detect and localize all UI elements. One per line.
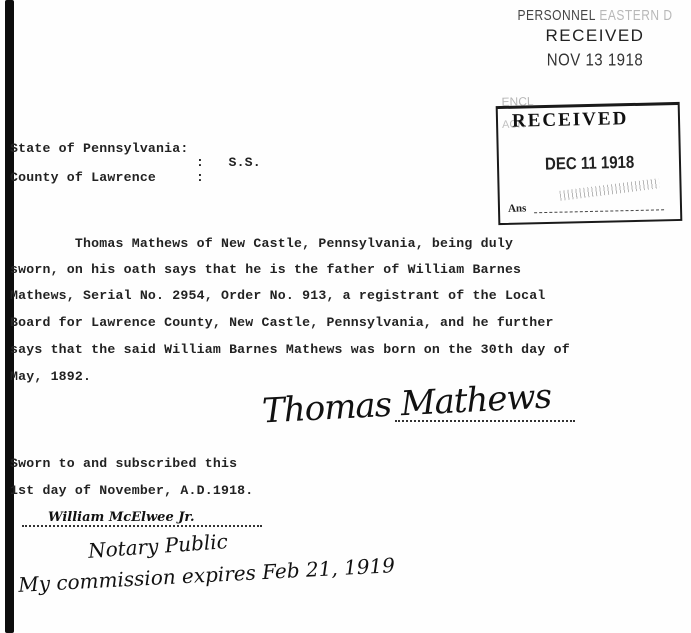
- stamp-encl-label: ENCL: [501, 94, 533, 109]
- heading-county-colon: :: [196, 170, 204, 185]
- body-line-3: Mathews, Serial No. 2954, Order No. 913,…: [10, 288, 546, 303]
- stamp-office-text: PERSONNEL: [517, 6, 599, 24]
- stamp-box-received-label: RECEIVED: [512, 108, 629, 133]
- notary-signature: William McElwee Jr.: [48, 510, 195, 525]
- stamp-box-date: DEC 11 1918: [545, 153, 635, 175]
- document-page: PERSONNEL EASTERN D RECEIVED NOV 13 1918…: [0, 0, 691, 633]
- stamp-office: PERSONNEL EASTERN D: [500, 6, 690, 24]
- stamp-office-faded: EASTERN D: [599, 6, 672, 24]
- stamp-ans-label: Ans: [508, 202, 527, 214]
- body-line-1: Thomas Mathews of New Castle, Pennsylvan…: [10, 236, 513, 251]
- signature-dotted-line: [395, 420, 575, 422]
- body-line-6: May, 1892.: [10, 369, 91, 384]
- body-line-5: says that the said William Barnes Mathew…: [10, 342, 570, 357]
- jurat-line-1: Sworn to and subscribed this: [10, 456, 237, 471]
- body-line-4: Board for Lawrence County, New Castle, P…: [10, 315, 554, 330]
- heading-ss: : S.S.: [196, 155, 261, 170]
- body-line-2: sworn, on his oath says that he is the f…: [10, 262, 521, 277]
- personnel-received-stamp: PERSONNEL EASTERN D RECEIVED NOV 13 1918: [500, 8, 690, 69]
- stamp-ink-smudge: [559, 178, 659, 201]
- heading-county: County of Lawrence: [10, 170, 156, 185]
- stamp-ans-line: [534, 209, 664, 213]
- notary-title: Notary Public: [87, 529, 228, 563]
- affiant-signature: Thomas Mathews: [261, 376, 552, 431]
- stamp-received-date: NOV 13 1918: [500, 51, 690, 71]
- commission-expiry: My commission expires Feb 21, 1919: [18, 553, 396, 597]
- notary-dotted-line: [22, 525, 262, 527]
- heading-state: State of Pennsylvania:: [10, 141, 189, 156]
- jurat-line-2: 1st day of November, A.D.1918.: [10, 483, 253, 498]
- stamp-received-label: RECEIVED: [500, 26, 690, 46]
- received-box-stamp: ENCL ACK RECEIVED DEC 11 1918 Ans: [496, 102, 683, 225]
